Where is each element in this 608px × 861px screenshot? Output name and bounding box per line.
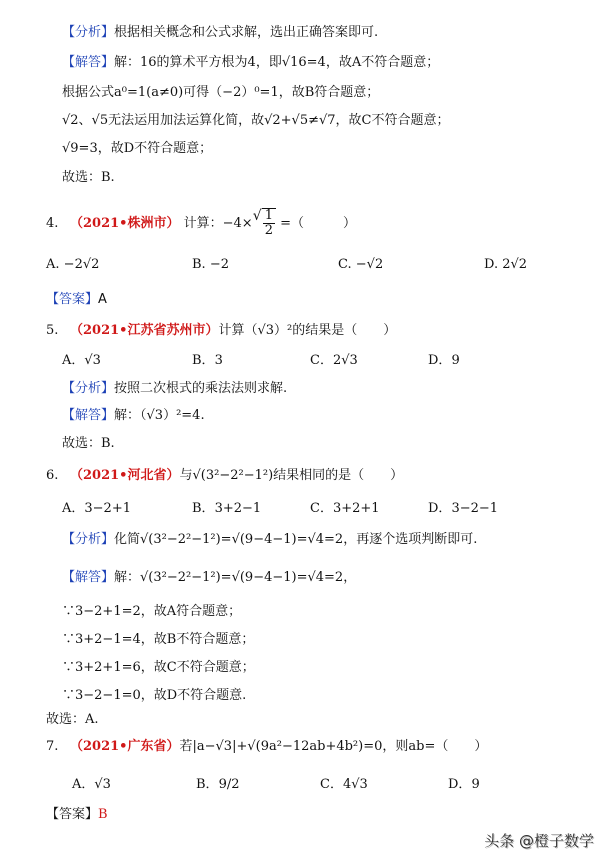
prev-analysis-line: 【分析】根据相关概念和公式求解，选出正确答案即可.: [62, 24, 378, 42]
question-6-stem: 6.（2021•河北省）与√(3²−2²−1²)结果相同的是（ ）: [46, 467, 403, 485]
q5-analysis-line: 【分析】按照二次根式的乘法法则求解.: [62, 380, 287, 398]
question-5-stem: 5.（2021•江苏省苏州市）计算（√3）²的结果是（ ）: [46, 322, 396, 340]
answer-value: A: [98, 292, 107, 307]
analysis-text: 化简√(3²−2²−1²)=√(9−4−1)=√4=2，再逐个选项判断即可.: [114, 532, 477, 547]
q7-option-b[interactable]: B．9/2: [196, 776, 239, 794]
solution-tag: 【解答】: [62, 408, 114, 423]
q5-option-b[interactable]: B．3: [192, 352, 223, 370]
question-text: 若|a−√3|+√(9a²−12ab+4b²)=0，则ab=（ ）: [180, 739, 488, 754]
question-source: （2021•江苏省苏州市）: [70, 323, 219, 338]
solution-text: 解：（√3）²=4.: [114, 408, 205, 423]
analysis-tag: 【分析】: [62, 25, 114, 40]
q6-option-b[interactable]: B．3+2−1: [192, 500, 261, 518]
analysis-text: 按照二次根式的乘法法则求解.: [114, 381, 287, 396]
q4-option-c[interactable]: C. −√2: [338, 256, 383, 274]
answer-tag: 【答案】: [46, 292, 98, 307]
q4-option-d[interactable]: D. 2√2: [484, 256, 527, 274]
q5-choice-line: 故选：B.: [62, 435, 115, 453]
question-number: 4.: [46, 215, 70, 233]
analysis-text: 根据相关概念和公式求解，选出正确答案即可.: [114, 25, 378, 40]
q6-step-4: ∵3−2−1=0，故D不符合题意.: [62, 687, 246, 705]
q6-step-2: ∵3+2−1=4，故B不符合题意；: [62, 631, 254, 649]
prev-choice-line: 故选：B.: [62, 169, 115, 187]
question-text: 计算（√3）²的结果是（ ）: [219, 323, 397, 338]
q6-analysis-line: 【分析】化简√(3²−2²−1²)=√(9−4−1)=√4=2，再逐个选项判断即…: [62, 531, 477, 549]
q5-solution-line: 【解答】解：（√3）²=4.: [62, 407, 205, 425]
q5-option-c[interactable]: C．2√3: [310, 352, 358, 370]
solution-text: 解：√(3²−2²−1²)=√(9−4−1)=√4=2，: [114, 570, 356, 585]
q6-option-a[interactable]: A．3−2+1: [62, 500, 131, 518]
q6-step-3: ∵3+2+1=6，故C不符合题意；: [62, 659, 255, 677]
prev-solution-line-4: √9=3，故D不符合题意；: [62, 140, 212, 158]
q7-option-c[interactable]: C．4√3: [320, 776, 368, 794]
prev-solution-line-2: 根据公式a⁰=1(a≠0)可得（−2）⁰=1，故B符合题意；: [62, 84, 379, 102]
question-4-stem: 4.（2021•株洲市） 计算：−4×12 =（ ）: [46, 208, 356, 238]
q4-option-a[interactable]: A. −2√2: [46, 256, 99, 274]
q6-step-1: ∵3−2+1=2，故A符合题意；: [62, 603, 241, 621]
q4-answer-line: 【答案】A: [46, 291, 107, 309]
answer-value: B: [98, 807, 108, 822]
question-source: （2021•株洲市）: [70, 216, 180, 231]
q7-option-a[interactable]: A．√3: [72, 776, 111, 794]
question-number: 5.: [46, 322, 70, 340]
solution-tag: 【解答】: [62, 55, 114, 70]
question-number: 6.: [46, 467, 70, 485]
prev-solution-line-1: 【解答】解：16的算术平方根为4，即√16=4，故A不符合题意；: [62, 54, 439, 72]
watermark: 头条 @橙子数学: [484, 830, 594, 851]
q6-solution-line: 【解答】解：√(3²−2²−1²)=√(9−4−1)=√4=2，: [62, 569, 356, 587]
sqrt-symbol: 12: [253, 208, 276, 238]
q6-option-d[interactable]: D．3−2−1: [428, 500, 498, 518]
question-number: 7.: [46, 738, 70, 756]
question-source: （2021•河北省）: [70, 468, 180, 483]
q7-answer-line: 【答案】B: [46, 806, 108, 824]
prev-solution-line-3: √2、√5无法运用加法运算化简，故√2+√5≠√7，故C不符合题意；: [62, 112, 450, 130]
question-text: 计算：−4×12 =（ ）: [184, 216, 356, 231]
q4-option-b[interactable]: B. −2: [192, 256, 229, 274]
analysis-tag: 【分析】: [62, 532, 114, 547]
q6-choice-line: 故选：A.: [46, 711, 99, 729]
answer-tag: 【答案】: [46, 807, 98, 822]
solution-text: 解：16的算术平方根为4，即√16=4，故A不符合题意；: [114, 55, 439, 70]
question-7-stem: 7.（2021•广东省）若|a−√3|+√(9a²−12ab+4b²)=0，则a…: [46, 738, 487, 756]
q5-option-d[interactable]: D．9: [428, 352, 460, 370]
question-source: （2021•广东省）: [70, 739, 180, 754]
solution-tag: 【解答】: [62, 570, 114, 585]
question-text: 与√(3²−2²−1²)结果相同的是（ ）: [180, 468, 404, 483]
q7-option-d[interactable]: D．9: [448, 776, 480, 794]
q6-option-c[interactable]: C．3+2+1: [310, 500, 380, 518]
analysis-tag: 【分析】: [62, 381, 114, 396]
q5-option-a[interactable]: A．√3: [62, 352, 101, 370]
